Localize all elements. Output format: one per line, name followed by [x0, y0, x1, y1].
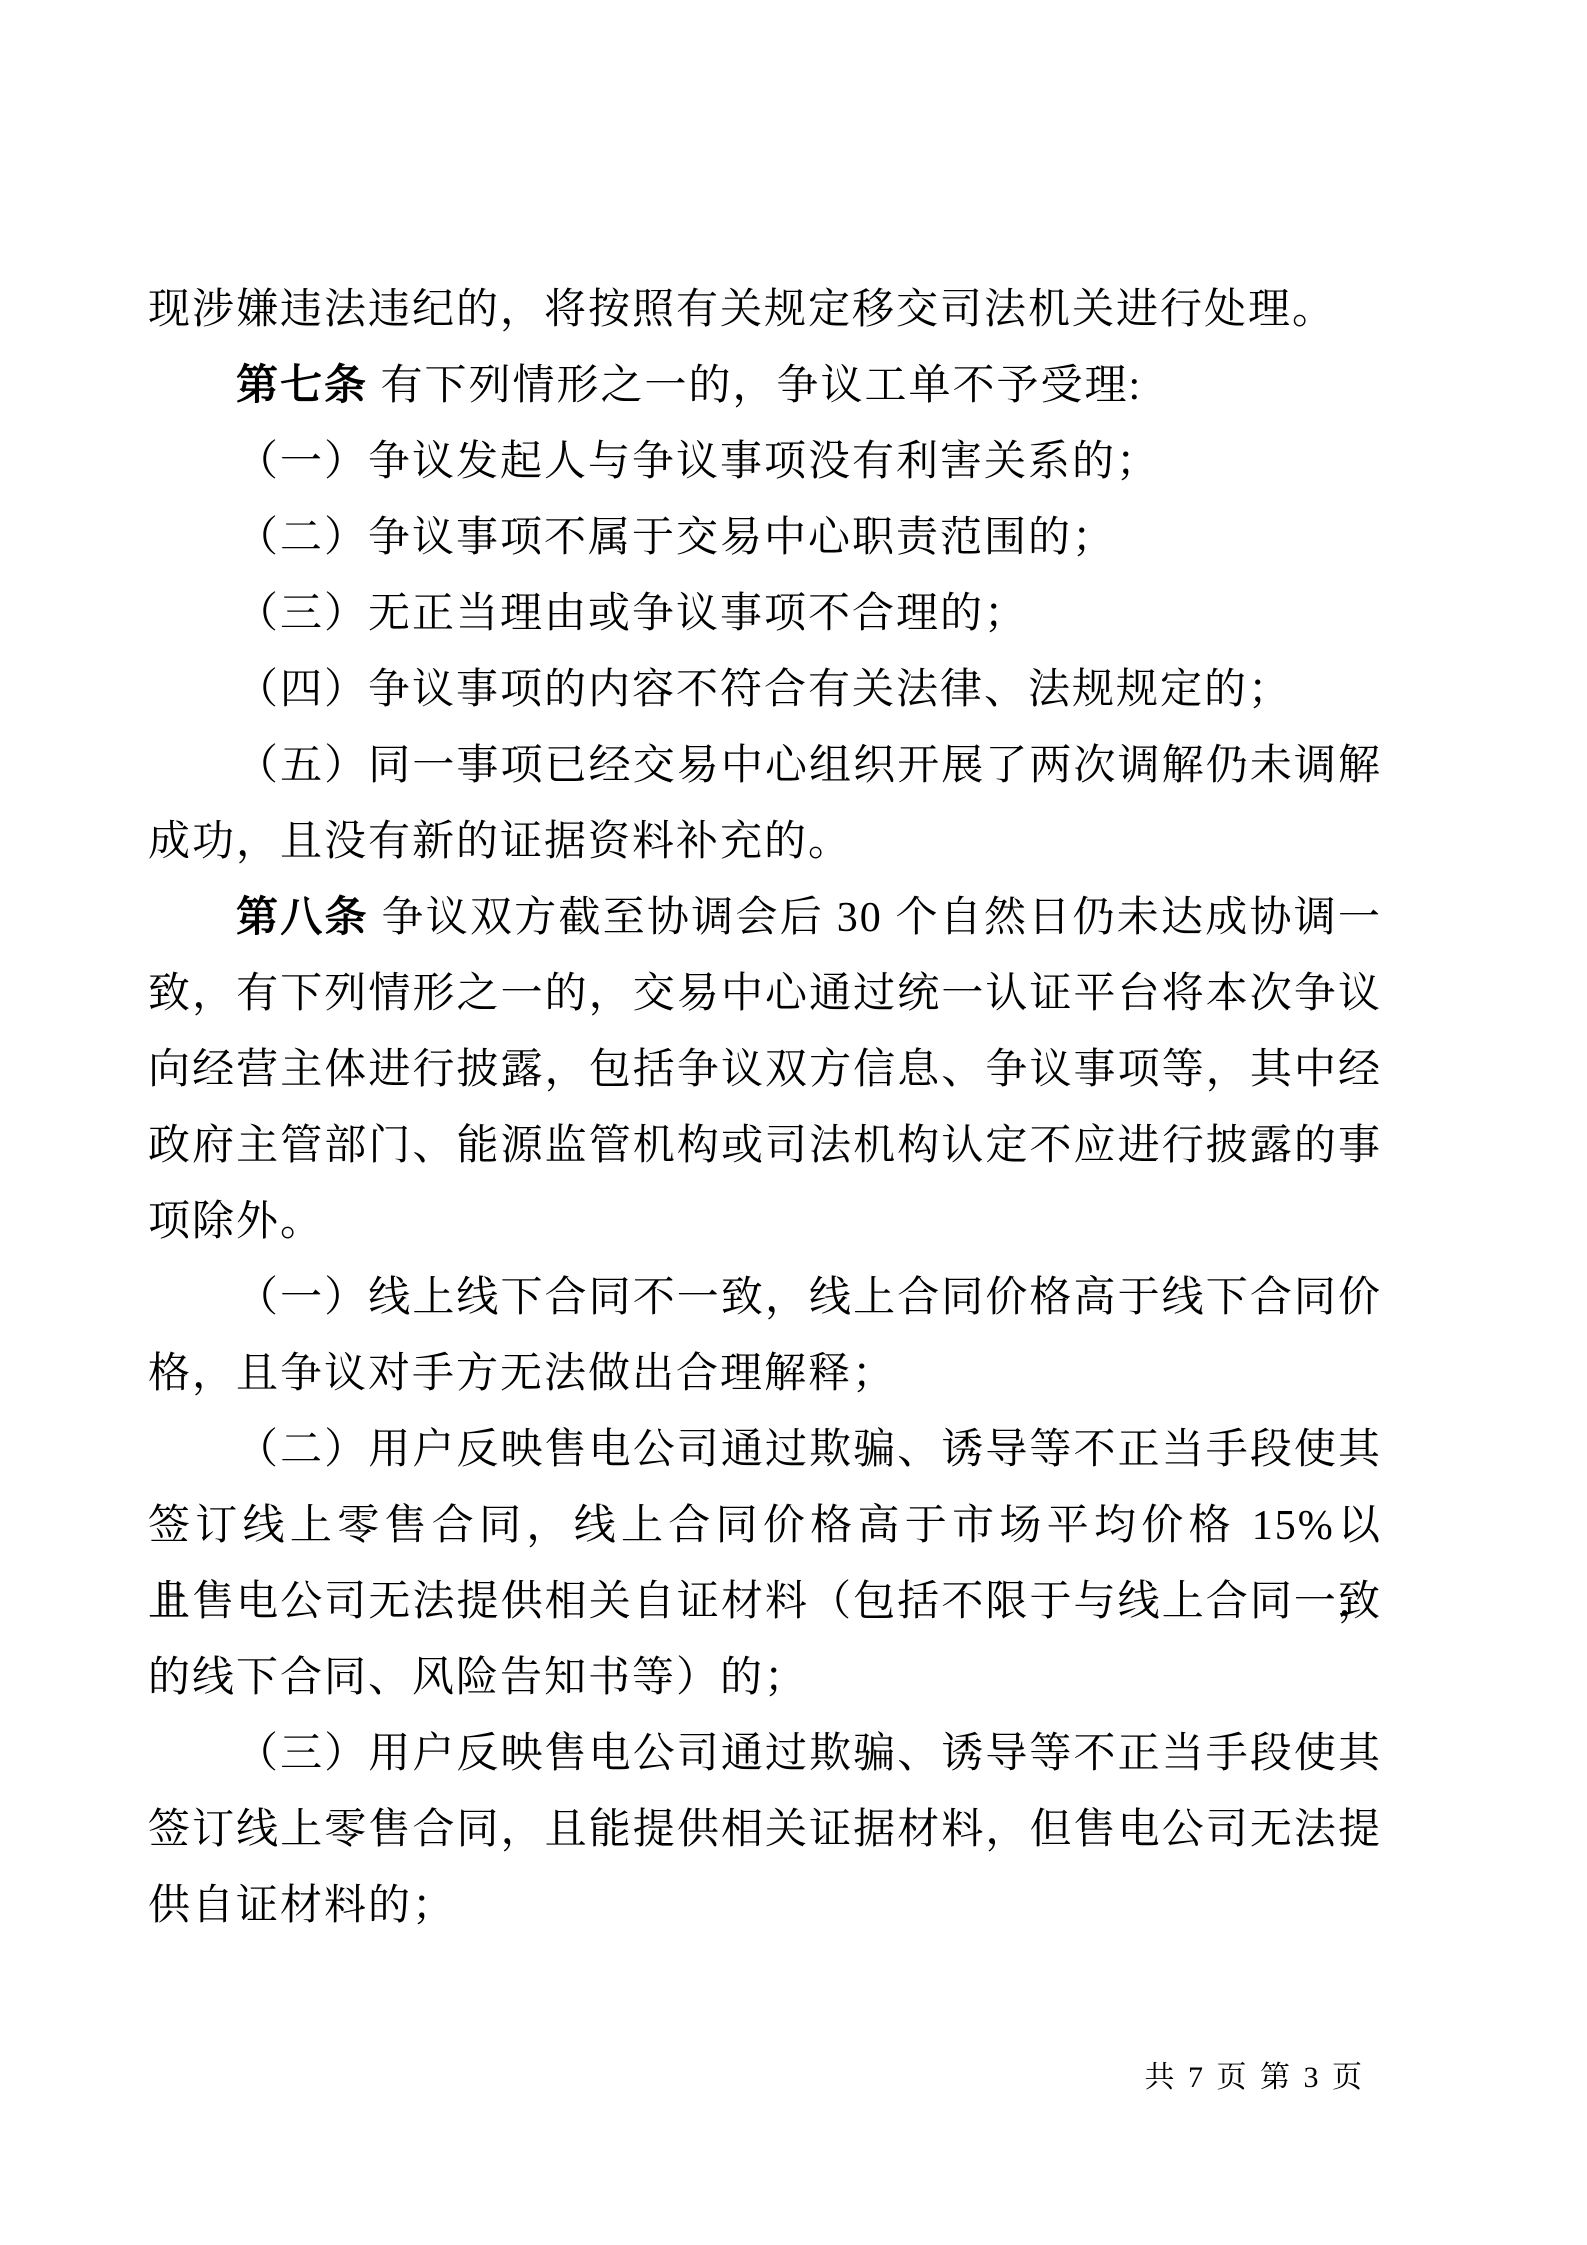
text-line: 现涉嫌违法违纪的，将按照有关规定移交司法机关进行处理。 [148, 272, 1382, 348]
page-footer: 共 7 页 第 3 页 [1145, 2058, 1366, 2098]
page-indicator: 共 7 页 第 3 页 [1145, 2061, 1366, 2094]
article-number: 第八条 [236, 895, 369, 941]
text-line: （四）争议事项的内容不符合有关法律、法规规定的； [148, 652, 1382, 728]
text-line: （一）线上线下合同不一致，线上合同价格高于线下合同价 [148, 1260, 1382, 1336]
text-line: （二）用户反映售电公司通过欺骗、诱导等不正当手段使其 [148, 1412, 1382, 1488]
text-line: 致，有下列情形之一的，交易中心通过统一认证平台将本次争议 [148, 956, 1382, 1032]
text-line: 签订线上零售合同，且能提供相关证据材料，但售电公司无法提 [148, 1792, 1382, 1868]
text-line: 向经营主体进行披露，包括争议双方信息、争议事项等，其中经 [148, 1032, 1382, 1108]
text-line: （三）无正当理由或争议事项不合理的； [148, 576, 1382, 652]
text-line: （五）同一事项已经交易中心组织开展了两次调解仍未调解 [148, 728, 1382, 804]
text-line: 项除外。 [148, 1184, 1382, 1260]
text-line: 的线下合同、风险告知书等）的； [148, 1640, 1382, 1716]
text-line: 成功，且没有新的证据资料补充的。 [148, 804, 1382, 880]
text-line: 第七条 有下列情形之一的，争议工单不予受理: [148, 348, 1382, 424]
text-line: （二）争议事项不属于交易中心职责范围的； [148, 500, 1382, 576]
text-line: （一）争议发起人与争议事项没有利害关系的； [148, 424, 1382, 500]
text-line: 且售电公司无法提供相关自证材料（包括不限于与线上合同一致 [148, 1564, 1382, 1640]
text-line: 政府主管部门、能源监管机构或司法机构认定不应进行披露的事 [148, 1108, 1382, 1184]
text-line: 签订线上零售合同，线上合同价格高于市场平均价格 15%以上， [148, 1488, 1382, 1564]
text-line: （三）用户反映售电公司通过欺骗、诱导等不正当手段使其 [148, 1716, 1382, 1792]
article-number: 第七条 [236, 363, 368, 409]
document-body: 现涉嫌违法违纪的，将按照有关规定移交司法机关进行处理。第七条 有下列情形之一的，… [148, 272, 1382, 1944]
text-line: 供自证材料的； [148, 1868, 1382, 1944]
document-page: 现涉嫌违法违纪的，将按照有关规定移交司法机关进行处理。第七条 有下列情形之一的，… [0, 0, 1587, 2245]
text-line: 第八条 争议双方截至协调会后 30 个自然日仍未达成协调一 [148, 880, 1382, 956]
text-line: 格，且争议对手方无法做出合理解释； [148, 1336, 1382, 1412]
